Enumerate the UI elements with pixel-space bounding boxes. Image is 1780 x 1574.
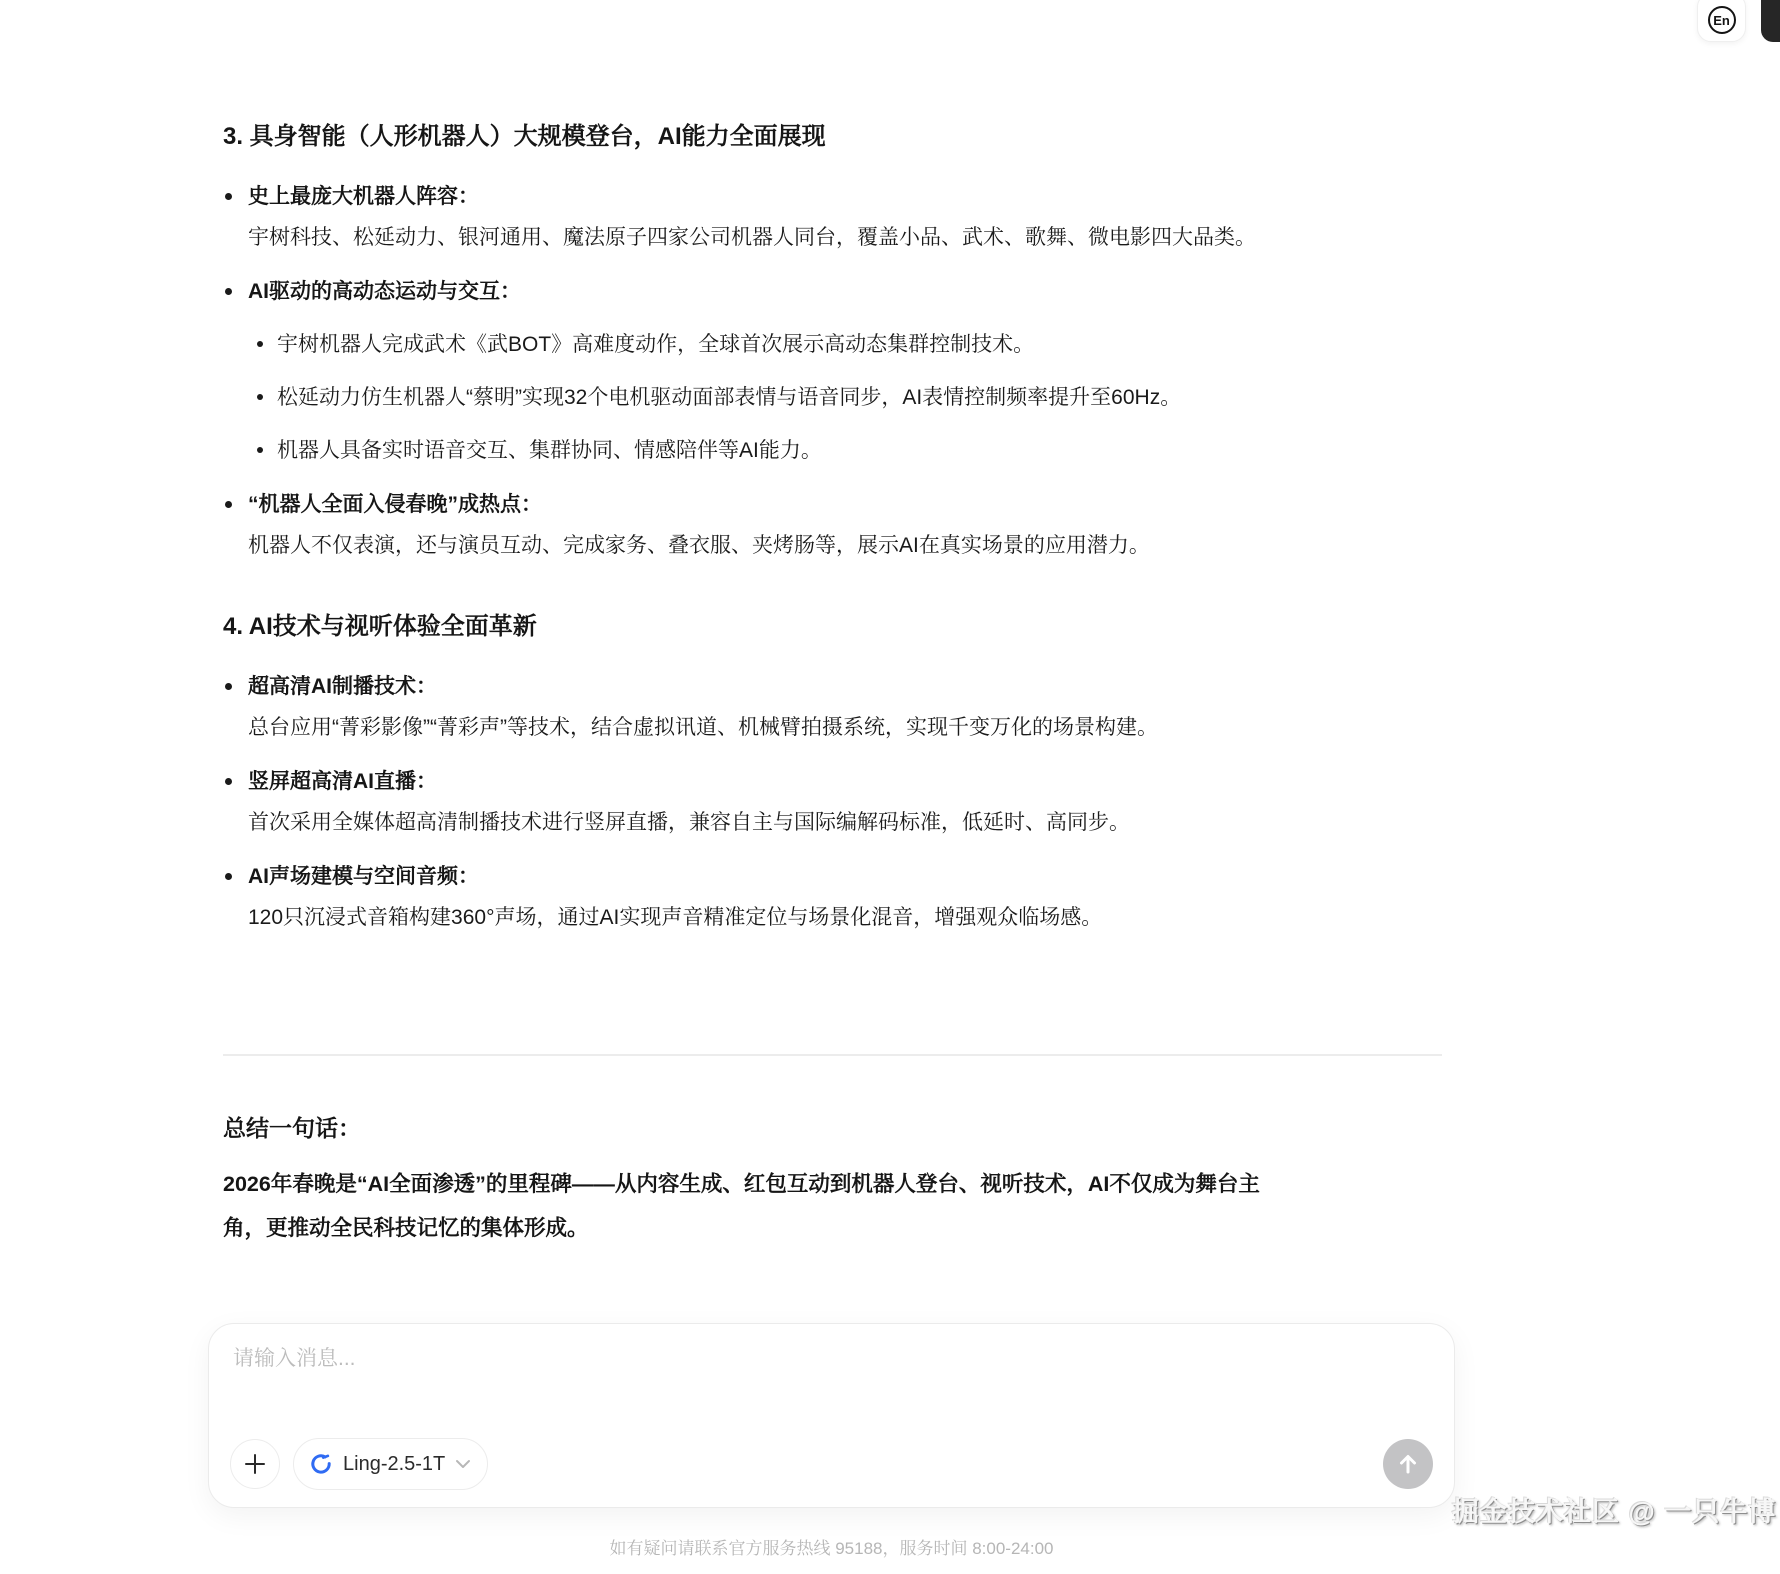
plus-icon (243, 1452, 267, 1476)
message-sections: 3. 具身智能（人形机器人）大规模登台，AI能力全面展现史上最庞大机器人阵容：宇… (223, 120, 1269, 938)
service-hotline-text: 如有疑问请联系官方服务热线 95188，服务时间 8:00-24:00 (208, 1534, 1455, 1559)
add-attachment-button[interactable] (230, 1439, 280, 1489)
list-item-title: AI声场建模与空间音频： (248, 865, 479, 888)
message-section: 3. 具身智能（人形机器人）大规模登台，AI能力全面展现史上最庞大机器人阵容：宇… (223, 120, 1269, 566)
list-item-body: 总台应用“菁彩影像”“菁彩声”等技术，结合虚拟讯道、机械臂拍摄系统，实现千变万化… (248, 707, 1269, 748)
bullet-dot (225, 288, 232, 295)
list-item-title: 竖屏超高清AI直播： (248, 770, 437, 793)
watermark-text: 掘金技术社区 @ 一只牛博 (1452, 1490, 1776, 1529)
bullet-list: 超高清AI制播技术：总台应用“菁彩影像”“菁彩声”等技术，结合虚拟讯道、机械臂拍… (223, 666, 1269, 938)
list-item: 超高清AI制播技术：总台应用“菁彩影像”“菁彩声”等技术，结合虚拟讯道、机械臂拍… (223, 666, 1269, 748)
list-item: AI声场建模与空间音频：120只沉浸式音箱构建360°声场，通过AI实现声音精准… (223, 856, 1269, 938)
bullet-dot (225, 501, 232, 508)
bullet-dot (225, 873, 232, 880)
summary-text: 2026年春晚是“AI全面渗透”的里程碑——从内容生成、红包互动到机器人登台、视… (223, 1162, 1269, 1250)
bullet-dot (257, 447, 263, 453)
sub-list-item: 松延动力仿生机器人“蔡明”实现32个电机驱动面部表情与语音同步，AI表情控制频率… (248, 377, 1269, 418)
composer-toolbar: Ling-2.5-1T (230, 1438, 1433, 1490)
list-item: 史上最庞大机器人阵容：宇树科技、松延动力、银河通用、魔法原子四家公司机器人同台，… (223, 176, 1269, 258)
bullet-dot (225, 683, 232, 690)
sub-list-item-text: 松延动力仿生机器人“蔡明”实现32个电机驱动面部表情与语音同步，AI表情控制频率… (277, 386, 1181, 409)
summary-heading: 总结一句话： (223, 1112, 1269, 1144)
section-heading: 4. AI技术与视听体验全面革新 (223, 610, 1269, 644)
sub-list-item-text: 机器人具备实时语音交互、集群协同、情感陪伴等AI能力。 (277, 439, 822, 462)
section-heading: 3. 具身智能（人形机器人）大规模登台，AI能力全面展现 (223, 120, 1269, 154)
list-item-title: 超高清AI制播技术： (248, 675, 437, 698)
send-button[interactable] (1383, 1439, 1433, 1489)
language-toggle-button[interactable]: En (1697, 0, 1746, 42)
list-item-body: 宇树科技、松延动力、银河通用、魔法原子四家公司机器人同台，覆盖小品、武术、歌舞、… (248, 217, 1269, 258)
list-item: 竖屏超高清AI直播：首次采用全媒体超高清制播技术进行竖屏直播，兼容自主与国际编解… (223, 761, 1269, 843)
list-item-title: AI驱动的高动态运动与交互： (248, 280, 521, 303)
message-composer: Ling-2.5-1T (208, 1323, 1455, 1508)
model-name-label: Ling-2.5-1T (343, 1453, 445, 1476)
chevron-down-icon (455, 1459, 471, 1469)
list-item-title: “机器人全面入侵春晚”成热点： (248, 493, 542, 516)
sub-list-item: 机器人具备实时语音交互、集群协同、情感陪伴等AI能力。 (248, 430, 1269, 471)
message-input[interactable] (231, 1342, 1425, 1424)
bullet-dot (225, 193, 232, 200)
list-item: AI驱动的高动态运动与交互：宇树机器人完成武术《武BOT》高难度动作，全球首次展… (223, 271, 1269, 471)
list-item-body: 120只沉浸式音箱构建360°声场，通过AI实现声音精准定位与场景化混音，增强观… (248, 897, 1269, 938)
model-selector[interactable]: Ling-2.5-1T (293, 1438, 488, 1490)
language-en-icon: En (1708, 6, 1736, 34)
arrow-up-icon (1395, 1451, 1421, 1477)
assistant-message: 3. 具身智能（人形机器人）大规模登台，AI能力全面展现史上最庞大机器人阵容：宇… (223, 120, 1269, 1250)
bullet-dot (257, 394, 263, 400)
sub-bullet-list: 宇树机器人完成武术《武BOT》高难度动作，全球首次展示高动态集群控制技术。松延动… (248, 324, 1269, 471)
list-item: “机器人全面入侵春晚”成热点：机器人不仅表演，还与演员互动、完成家务、叠衣服、夹… (223, 484, 1269, 566)
list-item-title: 史上最庞大机器人阵容： (248, 185, 479, 208)
bullet-dot (257, 341, 263, 347)
message-divider (223, 1054, 1442, 1056)
bullet-dot (225, 778, 232, 785)
bullet-list: 史上最庞大机器人阵容：宇树科技、松延动力、银河通用、魔法原子四家公司机器人同台，… (223, 176, 1269, 566)
list-item-body: 首次采用全媒体超高清制播技术进行竖屏直播，兼容自主与国际编解码标准，低延时、高同… (248, 802, 1269, 843)
sub-list-item: 宇树机器人完成武术《武BOT》高难度动作，全球首次展示高动态集群控制技术。 (248, 324, 1269, 365)
sub-list-item-text: 宇树机器人完成武术《武BOT》高难度动作，全球首次展示高动态集群控制技术。 (277, 333, 1034, 356)
corner-dark-tab (1761, 0, 1780, 42)
message-section: 4. AI技术与视听体验全面革新超高清AI制播技术：总台应用“菁彩影像”“菁彩声… (223, 610, 1269, 938)
ling-logo-icon (309, 1452, 333, 1476)
list-item-body: 机器人不仅表演，还与演员互动、完成家务、叠衣服、夹烤肠等，展示AI在真实场景的应… (248, 525, 1269, 566)
